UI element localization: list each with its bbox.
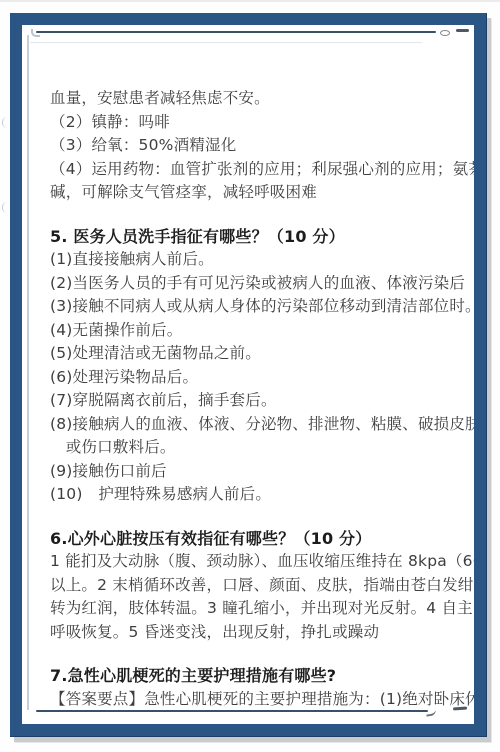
text-line: (3)接触不同病人或从病人身体的污染部位移动到清洁部位时。 (50, 295, 464, 319)
text-line: (1)直接接触病人前后。 (50, 248, 464, 272)
body-text-block: 【答案要点】急性心肌梗死的主要护理措施为：(1)绝对卧床休 (50, 688, 464, 712)
text-line: 转为红润，肢体转温。3 瞳孔缩小，并出现对光反射。4 自主 (50, 597, 464, 621)
scan-margin-tick (2, 202, 8, 213)
text-line: （2）镇静：吗啡 (50, 111, 464, 135)
body-text-block: (1)直接接触病人前后。(2)当医务人员的手有可见污染或被病人的血液、体液污染后… (50, 248, 464, 507)
body-text-block: 血量，安慰患者减轻焦虑不安。（2）镇静：吗啡（3）给氧：50%酒精湿化（4）运用… (50, 87, 464, 205)
section-heading: 7.急性心肌梗死的主要护理措施有哪些? (50, 664, 464, 688)
text-line: 或伤口敷料后。 (50, 436, 464, 460)
scan-artifact-loop (440, 30, 450, 36)
text-line: 【答案要点】急性心肌梗死的主要护理措施为：(1)绝对卧床休 (50, 688, 464, 712)
page-faint-edge-line (30, 42, 422, 43)
page-left-edge-line (27, 35, 29, 710)
text-line: 1 能扪及大动脉（腹、颈动脉）、血压收缩压维持在 8kpa（60mhg） (50, 550, 464, 574)
section-heading: 5. 医务人员洗手指征有哪些？（10 分） (50, 225, 464, 249)
text-line: 以上。2 末梢循环改善，口唇、颜面、皮肤，指端由苍白发绀 (50, 574, 464, 598)
document-text-content: 血量，安慰患者减轻焦虑不安。（2）镇静：吗啡（3）给氧：50%酒精湿化（4）运用… (50, 87, 464, 711)
text-line: (5)处理清洁或无菌物品之前。 (50, 342, 464, 366)
document-frame-border: 血量，安慰患者减轻焦虑不安。（2）镇静：吗啡（3）给氧：50%酒精湿化（4）运用… (10, 13, 487, 737)
section-heading-block: 6.心外心脏按压有效指征有哪些？（10 分） (50, 527, 464, 551)
text-line: (10) 护理特殊易感病人前后。 (50, 483, 464, 507)
text-line: (7)穿脱隔离衣前后，摘手套后。 (50, 389, 464, 413)
screenshot-root: { "colors": { "frame": "#2a5585", "page"… (0, 0, 500, 752)
text-line: (2)当医务人员的手有可见污染或被病人的血液、体液污染后 (50, 272, 464, 296)
text-line: （3）给氧：50%酒精湿化 (50, 134, 464, 158)
text-line: 呼吸恢复。5 昏迷变浅，出现反射，挣扎或躁动 (50, 621, 464, 645)
text-line: (8)接触病人的血液、体液、分泌物、排泄物、粘膜、破损皮肤 (50, 413, 464, 437)
section-heading-block: 5. 医务人员洗手指征有哪些？（10 分） (50, 225, 464, 249)
text-line: (9)接触伤口前后 (50, 460, 464, 484)
scan-margin-tick (2, 117, 8, 128)
scan-artifact-dash (456, 29, 469, 32)
text-line: 血量，安慰患者减轻焦虑不安。 (50, 87, 464, 111)
text-line: 碱，可解除支气管痉挛，减轻呼吸困难 (50, 181, 464, 205)
body-text-block: 1 能扪及大动脉（腹、颈动脉）、血压收缩压维持在 8kpa（60mhg）以上。2… (50, 550, 464, 644)
page-top-edge-line (36, 31, 436, 33)
section-heading: 6.心外心脏按压有效指征有哪些？（10 分） (50, 527, 464, 551)
text-line: (6)处理污染物品后。 (50, 366, 464, 390)
section-heading-block: 7.急性心肌梗死的主要护理措施有哪些? (50, 664, 464, 688)
text-line: (4)无菌操作前后。 (50, 319, 464, 343)
document-page: 血量，安慰患者减轻焦虑不安。（2）镇静：吗啡（3）给氧：50%酒精湿化（4）运用… (22, 25, 474, 724)
text-line: （4）运用药物：血管扩张剂的应用；利尿强心剂的应用；氨茶 (50, 158, 464, 182)
